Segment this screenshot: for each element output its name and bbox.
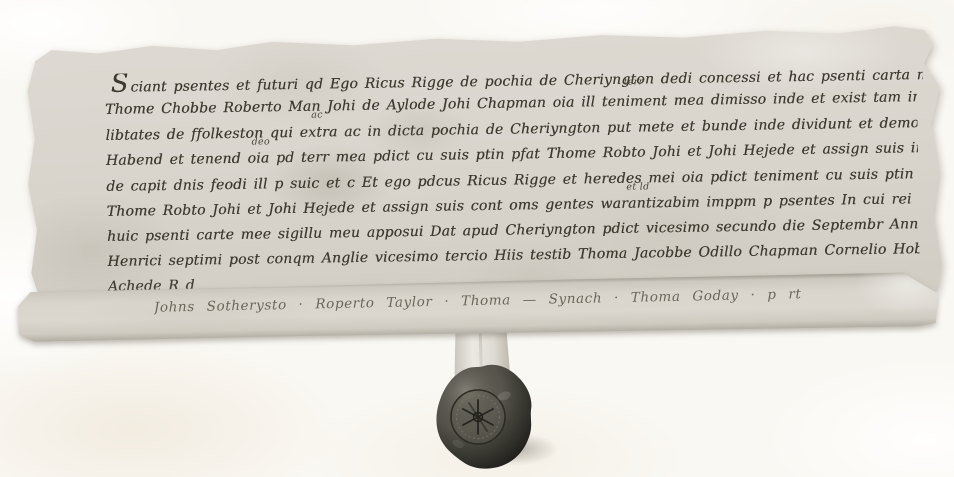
plica-fold: Johns Sotherysto · Roperto Taylor · Thom… <box>16 272 941 342</box>
photograph-background: Sciant psentes et futuri qd Ego Ricus Ri… <box>0 0 954 477</box>
seal-matrix-impression <box>451 390 505 444</box>
fold-inscription: Johns Sotherysto · Roperto Taylor · Thom… <box>154 286 814 328</box>
wax-seal <box>428 360 540 472</box>
